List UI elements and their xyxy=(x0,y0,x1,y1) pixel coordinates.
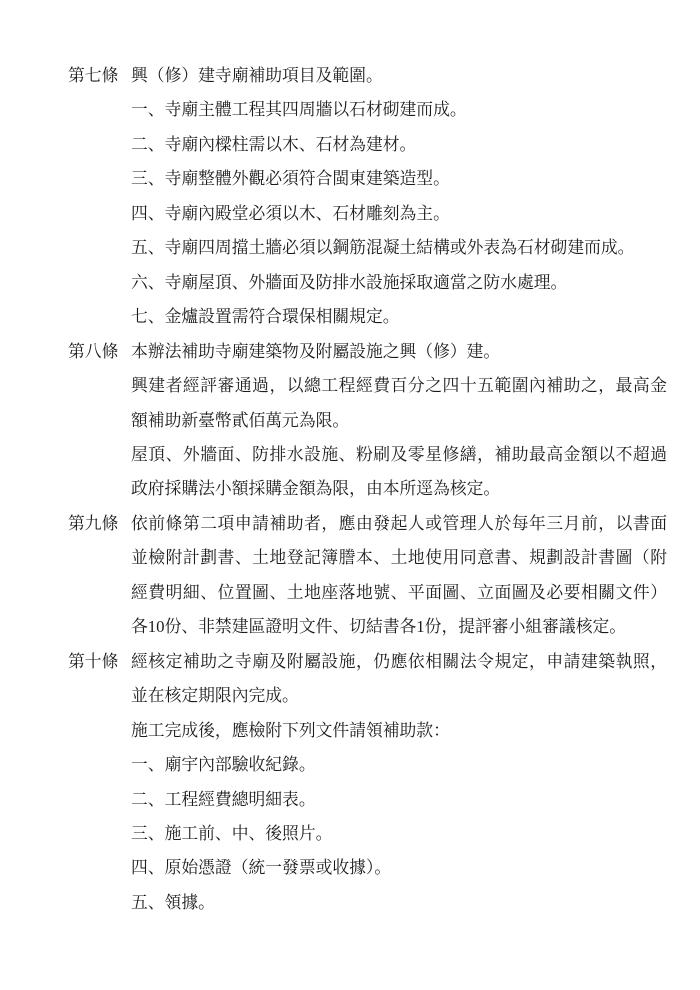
text-line: 二、寺廟內樑柱需以木、石材為建材。 xyxy=(131,128,667,162)
text-line: 屋頂、外牆面、防排水設施、粉刷及零星修繕，補助最高金額以不超過 xyxy=(131,438,667,472)
text-line: 依前條第二項申請補助者，應由發起人或管理人於每年三月前，以書面 xyxy=(131,507,667,541)
article-number: 第七條 xyxy=(68,59,131,93)
article-body: 興（修）建寺廟補助項目及範圍。一、寺廟主體工程其四周牆以石材砌建而成。二、寺廟內… xyxy=(131,59,667,335)
text-line: 經費明細、位置圖、土地座落地號、平面圖、立面圖及必要相關文件） xyxy=(131,576,667,610)
text-line: 三、施工前、中、後照片。 xyxy=(131,817,667,851)
text-line: 六、寺廟屋頂、外牆面及防排水設施採取適當之防水處理。 xyxy=(131,266,667,300)
text-line: 經核定補助之寺廟及附屬設施，仍應依相關法令規定，申請建築執照， xyxy=(131,645,667,679)
text-line: 政府採購法小額採購金額為限，由本所逕為核定。 xyxy=(131,472,667,506)
text-line: 五、寺廟四周擋土牆必須以鋼筋混凝土結構或外表為石材砌建而成。 xyxy=(131,231,667,265)
text-line: 施工完成後，應檢附下列文件請領補助款： xyxy=(131,714,667,748)
article: 第九條依前條第二項申請補助者，應由發起人或管理人於每年三月前，以書面並檢附計劃書… xyxy=(68,507,667,645)
article-number: 第九條 xyxy=(68,507,131,541)
text-line: 並在核定期限內完成。 xyxy=(131,679,667,713)
text-line: 二、工程經費總明細表。 xyxy=(131,783,667,817)
article: 第七條興（修）建寺廟補助項目及範圍。一、寺廟主體工程其四周牆以石材砌建而成。二、… xyxy=(68,59,667,335)
article-body: 經核定補助之寺廟及附屬設施，仍應依相關法令規定，申請建築執照，並在核定期限內完成… xyxy=(131,645,667,921)
text-line: 一、寺廟主體工程其四周牆以石材砌建而成。 xyxy=(131,93,667,127)
article-number: 第八條 xyxy=(68,335,131,369)
text-line: 興（修）建寺廟補助項目及範圍。 xyxy=(131,59,667,93)
article-number: 第十條 xyxy=(68,645,131,679)
text-line: 四、寺廟內殿堂必須以木、石材雕刻為主。 xyxy=(131,197,667,231)
text-line: 各10份、非禁建區證明文件、切結書各1份，提評審小組審議核定。 xyxy=(131,610,667,644)
text-line: 額補助新臺幣貳佰萬元為限。 xyxy=(131,404,667,438)
text-line: 四、原始憑證（統一發票或收據）。 xyxy=(131,851,667,885)
document-page: 第七條興（修）建寺廟補助項目及範圍。一、寺廟主體工程其四周牆以石材砌建而成。二、… xyxy=(0,0,700,990)
text-line: 三、寺廟整體外觀必須符合閩東建築造型。 xyxy=(131,162,667,196)
article-body: 本辦法補助寺廟建築物及附屬設施之興（修）建。興建者經評審通過，以總工程經費百分之… xyxy=(131,335,667,507)
article-body: 依前條第二項申請補助者，應由發起人或管理人於每年三月前，以書面並檢附計劃書、土地… xyxy=(131,507,667,645)
text-line: 並檢附計劃書、土地登記簿謄本、土地使用同意書、規劃設計書圖（附 xyxy=(131,541,667,575)
text-line: 一、廟宇內部驗收紀錄。 xyxy=(131,748,667,782)
text-line: 本辦法補助寺廟建築物及附屬設施之興（修）建。 xyxy=(131,335,667,369)
document-content: 第七條興（修）建寺廟補助項目及範圍。一、寺廟主體工程其四周牆以石材砌建而成。二、… xyxy=(68,59,667,920)
text-line: 七、金爐設置需符合環保相關規定。 xyxy=(131,300,667,334)
text-line: 五、領據。 xyxy=(131,886,667,920)
article: 第十條經核定補助之寺廟及附屬設施，仍應依相關法令規定，申請建築執照，並在核定期限… xyxy=(68,645,667,921)
text-line: 興建者經評審通過，以總工程經費百分之四十五範圍內補助之，最高金 xyxy=(131,369,667,403)
article: 第八條本辦法補助寺廟建築物及附屬設施之興（修）建。興建者經評審通過，以總工程經費… xyxy=(68,335,667,507)
